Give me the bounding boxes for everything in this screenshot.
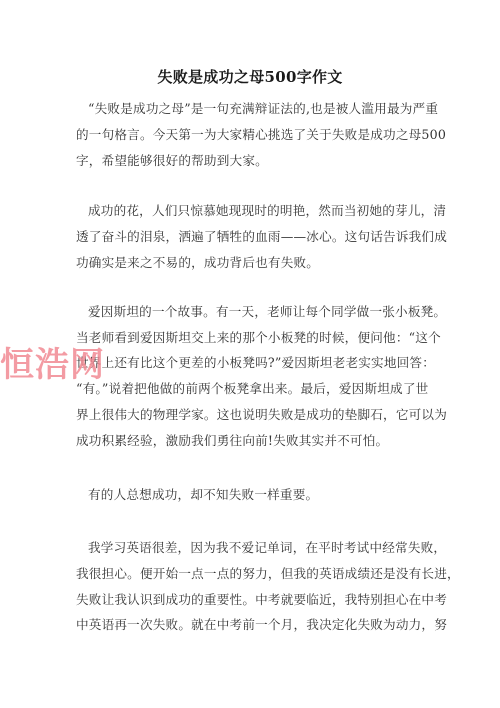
paragraph-3-line-1: 爱因斯坦的一个故事。有一天，老师让每个同学做一张小板凳。 (88, 301, 428, 320)
paragraph-2-line-2: 透了奋斗的泪泉，洒遍了牺牲的血雨——冰心。这句话告诉我们成 (76, 226, 416, 245)
paragraph-3-line-5: 界上很伟大的物理学家。这也说明失败是成功的垫脚石，它可以为 (76, 404, 416, 423)
paragraph-5-line-4: 中英语再一次失败。就在中考前一个月，我决定化失败为动力，努 (76, 614, 416, 633)
document-page: 失败是成功之母500字作文 “失败是成功之母”是一句充满辩证法的,也是被人滥用最… (0, 0, 500, 708)
paragraph-3-line-6: 成功积累经验，激励我们勇往向前!失败其实并不可怕。 (76, 430, 416, 449)
paragraph-3-line-2: 当老师看到爱因斯坦交上来的那个小板凳的时候，便问他：“这个 (76, 327, 416, 346)
paragraph-5-line-2: 我很担心。便开始一点一点的努力，但我的英语成绩还是没有长进， (76, 563, 416, 582)
paragraph-1-line-1: “失败是成功之母”是一句充满辩证法的,也是被人滥用最为严重 (88, 98, 428, 117)
paragraph-5-line-1: 我学习英语很差，因为我不爱记单词，在平时考试中经常失败， (88, 537, 428, 556)
paragraph-5-line-3: 失败让我认识到成功的重要性。中考就要临近，我特别担心在中考 (76, 589, 416, 608)
paragraph-2-line-3: 功确实是来之不易的，成功背后也有失败。 (76, 252, 416, 271)
document-title: 失败是成功之母500字作文 (0, 66, 500, 87)
paragraph-2-line-1: 成功的花，人们只惊慕她现现时的明艳，然而当初她的芽儿，清 (88, 200, 428, 219)
paragraph-4-line-1: 有的人总想成功，却不知失败一样重要。 (88, 484, 428, 503)
paragraph-3-line-3: 世界上还有比这个更差的小板凳吗?”爱因斯坦老老实实地回答： (76, 352, 416, 371)
paragraph-1-line-3: 字，希望能够很好的帮助到大家。 (76, 150, 416, 169)
watermark-logo: 恒浩网 (0, 345, 105, 385)
paragraph-1-line-2: 的一句格言。今天第一为大家精心挑选了关于失败是成功之母500 (76, 124, 416, 143)
paragraph-3-line-4: “有。”说着把他做的前两个板凳拿出来。最后，爱因斯坦成了世 (76, 378, 416, 397)
